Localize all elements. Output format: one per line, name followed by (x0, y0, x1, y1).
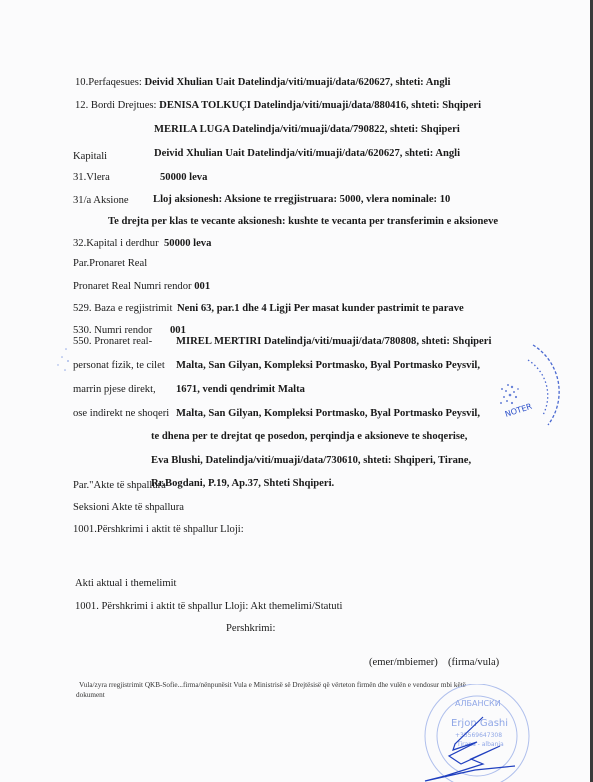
bordi-member: MERILA LUGA Datelindja/viti/muaji/data/7… (154, 123, 460, 136)
pronaret-value: te dhena per te drejtat qe posedon, perq… (151, 430, 467, 443)
perfaqesues-line: 10.Perfaqesues: Deivid Xhulian Uait Date… (75, 76, 451, 89)
svg-text:+35569647308: +35569647308 (455, 732, 502, 739)
svg-text:АЛБАНСКИ: АЛБАНСКИ (455, 699, 501, 708)
akte-pershkrimi-1: 1001.Përshkrimi i aktit të shpallur Lloj… (73, 523, 244, 536)
footer-line-2: dokument (76, 689, 105, 702)
pronaret-numri-value: 001 (194, 281, 210, 292)
akti-aktual: Akti aktual i themelimit (75, 577, 177, 590)
perfaqesues-value: Deivid Xhulian Uait Datelindja/viti/muaj… (144, 77, 450, 88)
aksione-label: 31/a Aksione (73, 194, 129, 207)
pershkrimi-label: Pershkrimi: (226, 622, 275, 635)
perfaqesues-label: 10.Perfaqesues: (75, 77, 142, 88)
signature-icon (425, 717, 515, 781)
pronaret-left-label: 550. Pronaret real- (73, 335, 152, 348)
bordi-line: 12. Bordi Drejtues: DENISA TOLKUÇI Datel… (75, 99, 481, 112)
pronaret-value: 1671, vendi qendrimit Malta (176, 383, 305, 396)
kapitali-heading: Kapitali (73, 150, 107, 163)
emer-mbiemer-label: (emer/mbiemer) (369, 656, 438, 669)
firma-vula-label: (firma/vula) (448, 656, 499, 669)
svg-text:Erjon Gashi: Erjon Gashi (451, 718, 508, 729)
bordi-member: Deivid Xhulian Uait Datelindja/viti/muaj… (154, 147, 460, 160)
pronaret-numri-line: Pronaret Real Numri rendor 001 (73, 280, 210, 293)
pronaret-value: Malta, San Gilyan, Kompleksi Portmasko, … (176, 407, 480, 420)
baza-label: 529. Baza e regjistrimit (73, 302, 172, 315)
pronaret-left-label: marrin pjese direkt, (73, 383, 156, 396)
te-drejta-line: Te drejta per klas te vecante aksionesh:… (108, 215, 498, 228)
svg-text:NOTER: NOTER (504, 402, 534, 419)
aksione-value: Lloj aksionesh: Aksione te rregjistruara… (153, 193, 450, 206)
pronaret-value: Rr.Bogdani, P.19, Ap.37, Shteti Shqiperi… (151, 477, 334, 490)
pronaret-heading: Par.Pronaret Real (73, 257, 147, 270)
notary-stamp-icon: NOTER (498, 325, 590, 435)
svg-text:Tirana - albania: Tirana - albania (456, 741, 504, 748)
document-page: 10.Perfaqesues: Deivid Xhulian Uait Date… (0, 0, 590, 782)
stamp-dots-icon (48, 345, 73, 375)
pronaret-value: Malta, San Gilyan, Kompleksi Portmasko, … (176, 359, 480, 372)
vlera-label: 31.Vlera (73, 171, 110, 184)
pronaret-left-label: personat fizik, te cilet (73, 359, 165, 372)
footer-line-1: Vula/zyra rregjistrimit QKB-Sofie...firm… (79, 679, 466, 692)
pronaret-numri-label: Pronaret Real Numri rendor (73, 281, 192, 292)
bordi-member: DENISA TOLKUÇI Datelindja/viti/muaji/dat… (159, 100, 481, 111)
bordi-label: 12. Bordi Drejtues: (75, 100, 157, 111)
akte-par: Par."Akte të shpallura (73, 479, 166, 492)
baza-value: Neni 63, par.1 dhe 4 Ligji Per masat kun… (177, 302, 464, 315)
derdhur-label: 32.Kapital i derdhur (73, 237, 159, 250)
pronaret-value: Eva Blushi, Datelindja/viti/muaji/data/7… (151, 454, 471, 467)
akte-seksioni: Seksioni Akte të shpallura (73, 501, 184, 514)
derdhur-value: 50000 leva (164, 237, 211, 250)
pronaret-left-label: ose indirekt ne shoqeri (73, 407, 169, 420)
vlera-value: 50000 leva (160, 171, 207, 184)
akte-pershkrimi-2: 1001. Përshkrimi i aktit të shpallur Llo… (75, 600, 342, 613)
pronaret-value: MIREL MERTIRI Datelindja/viti/muaji/data… (176, 335, 491, 348)
official-seal-icon: АЛБАНСКИ Erjon Gashi +35569647308 Tirana… (405, 684, 545, 782)
